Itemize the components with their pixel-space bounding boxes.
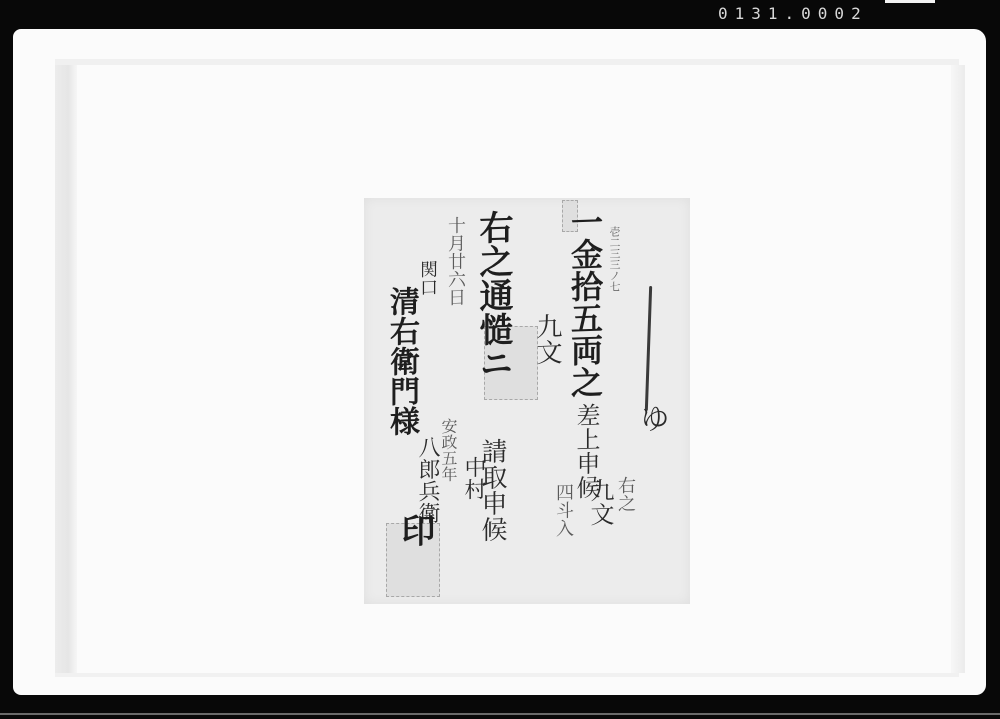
text-column-2: 右之通慥ニ — [476, 209, 510, 380]
microfilm-frame: 0131.0002 ゆ 壱二三三ノ七 一金拾五両之 差上申候 九文 右之 九文 … — [0, 0, 1000, 719]
frame-number: 0131.0002 — [718, 4, 868, 23]
sender-name: 八郎兵衛 — [416, 436, 438, 525]
addressee-prefix: 関口 — [418, 260, 436, 297]
ink-stroke-vertical — [645, 286, 652, 411]
text-column-right-2: 九文 — [534, 313, 560, 366]
text-column-right-3: 四斗入 — [554, 483, 572, 538]
addressee-name: 清右衛門様 — [386, 285, 416, 436]
text-column-1: 一金拾五両之 — [569, 205, 601, 398]
film-edge-line — [0, 713, 1000, 715]
sender-seal-mark: 印 — [398, 512, 432, 547]
document-sheet: ゆ 壱二三三ノ七 一金拾五両之 差上申候 九文 右之 九文 四斗入 右之通慥ニ … — [364, 198, 690, 604]
text-column-4: 中村 — [462, 456, 484, 501]
text-column-right-1: 右之 — [616, 476, 634, 513]
date-column: 十月廿六日 — [446, 216, 464, 307]
catalog-annotation: 壱二三三ノ七 — [609, 226, 620, 292]
sender-date: 安政五年 — [440, 418, 456, 483]
ink-loop-glyph: ゆ — [636, 402, 666, 433]
film-corner-tab — [885, 0, 935, 3]
inner-page-frame: ゆ 壱二三三ノ七 一金拾五両之 差上申候 九文 右之 九文 四斗入 右之通慥ニ … — [55, 59, 959, 677]
text-column-right-1b: 九文 — [588, 478, 612, 527]
scan-page: ゆ 壱二三三ノ七 一金拾五両之 差上申候 九文 右之 九文 四斗入 右之通慥ニ … — [13, 29, 986, 695]
